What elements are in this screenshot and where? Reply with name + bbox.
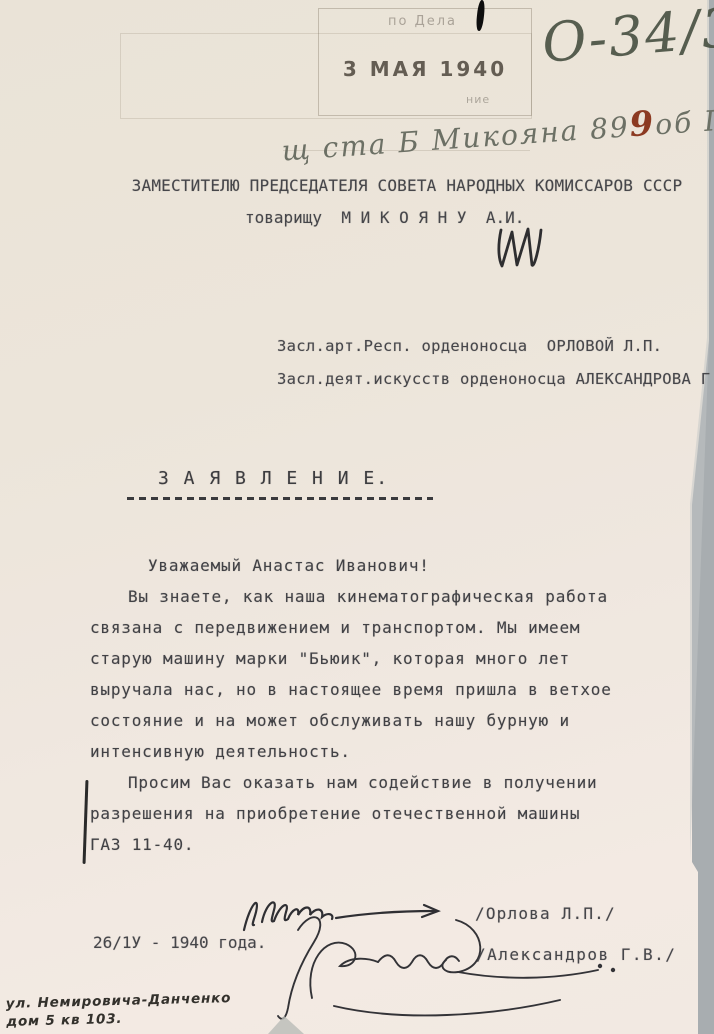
document-title: З А Я В Л Е Н И Е. xyxy=(158,468,389,489)
title-underline xyxy=(127,497,433,500)
recipient-line-2: товарищу М И К О Я Н У А.И. xyxy=(245,208,524,227)
stamp-date: 3 МАЯ 1940 xyxy=(330,57,520,81)
resolution-red-digit: 9 xyxy=(628,103,656,145)
body-line: Уважаемый Анастас Иванович! xyxy=(90,556,612,587)
date-line: 26/1У - 1940 года. xyxy=(93,933,266,952)
body-text: Уважаемый Анастас Иванович! Вы знаете, к… xyxy=(90,556,612,866)
aleksandrov-signature xyxy=(242,912,634,1034)
body-line: ГАЗ 11-40. xyxy=(90,835,612,866)
body-line: выручала нас, но в настоящее время пришл… xyxy=(90,680,612,711)
handwritten-check-mark xyxy=(495,224,549,272)
address-note: ул. Немировича-Данченко дом 5 кв 103. xyxy=(6,989,232,1031)
document-page: по Дела 3 МАЯ 1940 ние О-34/36 щ ста Б М… xyxy=(0,0,714,1034)
recipient-line-1: ЗАМЕСТИТЕЛЮ ПРЕДСЕДАТЕЛЯ СОВЕТА НАРОДНЫХ… xyxy=(100,176,714,195)
body-line: старую машину марки "Бьюик", которая мно… xyxy=(90,649,612,680)
resolution-text-right: об Просьбу xyxy=(654,95,714,141)
body-line: связана с передвижением и транспортом. М… xyxy=(90,618,612,649)
stamp-bottom-text: ние xyxy=(466,93,490,106)
body-line: состояние и на может обслуживать нашу бу… xyxy=(90,711,612,742)
body-line: Вы знаете, как наша кинематографическая … xyxy=(90,587,612,618)
body-line: Просим Вас оказать нам содействие в полу… xyxy=(90,773,612,804)
body-line: разрешения на приобретение отечественной… xyxy=(90,804,612,835)
stamp-department-text: по Дела xyxy=(388,14,457,29)
body-line: интенсивную деятельность. xyxy=(90,742,612,773)
applicant-line-aleksandrov: Засл.деят.искусств орденоносца АЛЕКСАНДР… xyxy=(277,370,710,388)
applicant-line-orlova: Засл.арт.Респ. орденоносца ОРЛОВОЙ Л.П. xyxy=(277,337,662,355)
aleksandrov-typed-name: /Александров Г.В./ xyxy=(476,945,676,964)
